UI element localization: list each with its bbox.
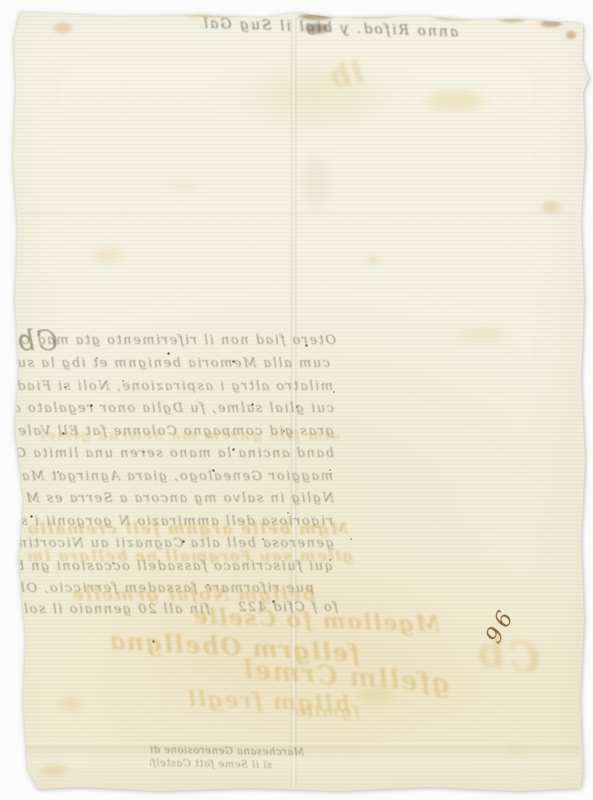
ink-dot xyxy=(96,357,98,359)
ink-dot xyxy=(305,344,308,347)
ink-dot xyxy=(57,471,59,473)
edge-stain xyxy=(178,12,248,18)
ink-dot xyxy=(329,469,331,471)
showthrough-line: band ancina la mano seren una limita Obr… xyxy=(16,446,334,464)
ink-dot xyxy=(262,538,264,540)
foxing-spot xyxy=(90,246,124,264)
crease-shadow xyxy=(300,150,332,214)
ink-dot xyxy=(272,600,275,603)
showthrough-line: cum alla Memoria benignm et ibg la sua g… xyxy=(16,356,330,374)
foxing-spot xyxy=(37,764,71,776)
bottom-note-line-2: si il Seme fatt Castelfidros xyxy=(150,758,272,773)
paper-shadow-wrap: anno Rifod. y bigl il Sug Gall omis eu o… xyxy=(0,0,593,800)
foxing-spot xyxy=(58,696,84,712)
ink-dot xyxy=(152,640,155,643)
ink-dot xyxy=(232,360,235,363)
foxing-spot xyxy=(352,686,398,704)
edge-stain xyxy=(296,12,336,21)
showthrough-line: Nglig in salvo mg ancora a Serra es M ib… xyxy=(16,491,334,509)
foxing-spot xyxy=(455,325,510,345)
ink-dot xyxy=(112,562,114,564)
edge-stain xyxy=(340,13,400,19)
ink-dot xyxy=(212,469,215,472)
ink-dot xyxy=(30,515,33,518)
edge-stain xyxy=(497,16,527,23)
horizontal-fold-crease-upper xyxy=(20,210,575,214)
top-docket-inscription: anno Rifod. y bigl il Sug Gall omis eu o… xyxy=(199,16,458,61)
ink-dot xyxy=(167,352,170,355)
ink-dot xyxy=(90,404,93,407)
ink-dot xyxy=(122,380,124,382)
showthrough-line: milatro altrg i aspirazione, Noli si Fia… xyxy=(17,379,333,397)
edge-stain xyxy=(538,19,564,28)
ink-dot xyxy=(333,391,335,393)
ink-dot xyxy=(296,406,298,408)
paper-sheet: anno Rifod. y bigl il Sug Gall omis eu o… xyxy=(0,0,593,800)
foxing-spot xyxy=(540,200,562,214)
ink-dot xyxy=(64,386,66,388)
ink-dot xyxy=(232,448,235,451)
ink-dot xyxy=(62,432,65,435)
ink-dot xyxy=(287,512,289,514)
ink-dot xyxy=(251,403,254,406)
ink-dot xyxy=(329,559,331,561)
ink-smudge xyxy=(303,22,331,35)
showthrough-line: cui glial salme, fu Dglia onor regalato … xyxy=(16,401,334,419)
showthrough-line: fgmllo xyxy=(240,702,360,724)
ink-dot xyxy=(143,451,145,453)
showthrough-line: Otero fiad non il riferimento gta mad Co… xyxy=(18,333,336,351)
foxing-spot xyxy=(160,178,204,194)
ink-dot xyxy=(207,584,209,586)
scan-background: anno Rifod. y bigl il Sug Gall omis eu o… xyxy=(0,0,593,800)
showthrough-line: Mgm belle argnm fell cremallo agn xyxy=(18,519,348,541)
edge-stain xyxy=(430,14,480,21)
showthrough-line: maggior Genealogo, giara Agnirgat Ma dar… xyxy=(17,469,333,487)
foxing-spot xyxy=(52,22,74,34)
foxing-spot xyxy=(500,745,530,755)
foxing-spot xyxy=(365,255,381,265)
edge-stain xyxy=(565,30,577,40)
showthrough-line: gllem sau Forgmall ne bellgra im xyxy=(18,547,353,569)
foxing-spot xyxy=(420,88,490,114)
ink-dot xyxy=(182,540,185,543)
showthrough-line: lb xyxy=(272,56,368,120)
ink-dot xyxy=(283,430,285,432)
ink-dot xyxy=(350,538,352,540)
showthrough-line: aim fllo gnerm ma Sellrua gimel fro xyxy=(40,428,340,448)
